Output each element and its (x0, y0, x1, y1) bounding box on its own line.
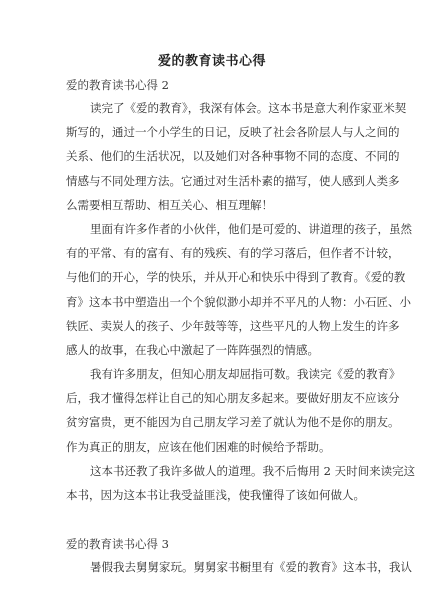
text-line: 这本书还教了我许多做人的道理。我不后悔用 2 天时间来读完这 (66, 459, 362, 483)
paragraph: 读完了《爱的教育》，我深有体会。这本书是意大利作家亚米契 斯写的，通过一个小学生… (66, 96, 362, 217)
text-line: 贫穷富贵，更不能因为自己朋友学习差了就认为他不是你的朋友。 (66, 410, 362, 434)
text-line: 么需要相互帮助、相互关心、相互理解！ (66, 193, 362, 217)
text-line: 作为真正的朋友，应该在他们困难的时候给予帮助。 (66, 435, 362, 459)
text-line: 有的平常、有的富有、有的残疾、有的学习落后，但作者不计较， (66, 241, 362, 265)
paragraph: 暑假我去舅舅家玩。舅舅家书橱里有《爱的教育》这本书，我认 (66, 555, 362, 579)
paragraph: 这本书还教了我许多做人的道理。我不后悔用 2 天时间来读完这 本书，因为这本书让… (66, 459, 362, 507)
text-line: 读完了《爱的教育》，我深有体会。这本书是意大利作家亚米契 (66, 96, 362, 120)
text-line: 后，我才懂得怎样让自己的知心朋友多起来。要做好朋友不应该分 (66, 386, 362, 410)
document-body: 爱的教育读书心得 2 读完了《爱的教育》，我深有体会。这本书是意大利作家亚米契 … (66, 74, 362, 579)
text-line: 暑假我去舅舅家玩。舅舅家书橱里有《爱的教育》这本书，我认 (66, 555, 362, 579)
text-line: 斯写的，通过一个小学生的日记，反映了社会各阶层人与人之间的 (66, 120, 362, 144)
paragraph: 里面有许多作者的小伙伴，他们是可爱的、讲道理的孩子，虽然 有的平常、有的富有、有… (66, 217, 362, 362)
text-line: 本书，因为这本书让我受益匪浅，使我懂得了该如何做人。 (66, 483, 362, 507)
document-page: 爱的教育读书心得 爱的教育读书心得 2 读完了《爱的教育》，我深有体会。这本书是… (0, 0, 424, 600)
section-spacer (66, 507, 362, 533)
text-line: 育》这本书中塑造出一个个貌似渺小却并不平凡的人物：小石匠、小 (66, 290, 362, 314)
section-heading: 爱的教育读书心得 2 (66, 74, 362, 96)
text-line: 我有许多朋友，但知心朋友却屈指可数。我读完《爱的教育》 (66, 362, 362, 386)
text-line: 与他们的开心，学的快乐，并从开心和快乐中得到了教育。《爱的教 (66, 265, 362, 289)
text-line: 铁匠、卖炭人的孩子、少年鼓等等，这些平凡的人物上发生的许多 (66, 314, 362, 338)
document-title: 爱的教育读书心得 (0, 52, 424, 72)
text-line: 感人的故事，在我心中激起了一阵阵强烈的情感。 (66, 338, 362, 362)
text-line: 里面有许多作者的小伙伴，他们是可爱的、讲道理的孩子，虽然 (66, 217, 362, 241)
text-line: 关系、他们的生活状况，以及她们对各种事物不同的态度、不同的 (66, 144, 362, 168)
paragraph: 我有许多朋友，但知心朋友却屈指可数。我读完《爱的教育》 后，我才懂得怎样让自己的… (66, 362, 362, 459)
text-line: 情感与不同处理方法。它通过对生活朴素的描写，使人感到人类多 (66, 169, 362, 193)
section-heading: 爱的教育读书心得 3 (66, 533, 362, 555)
